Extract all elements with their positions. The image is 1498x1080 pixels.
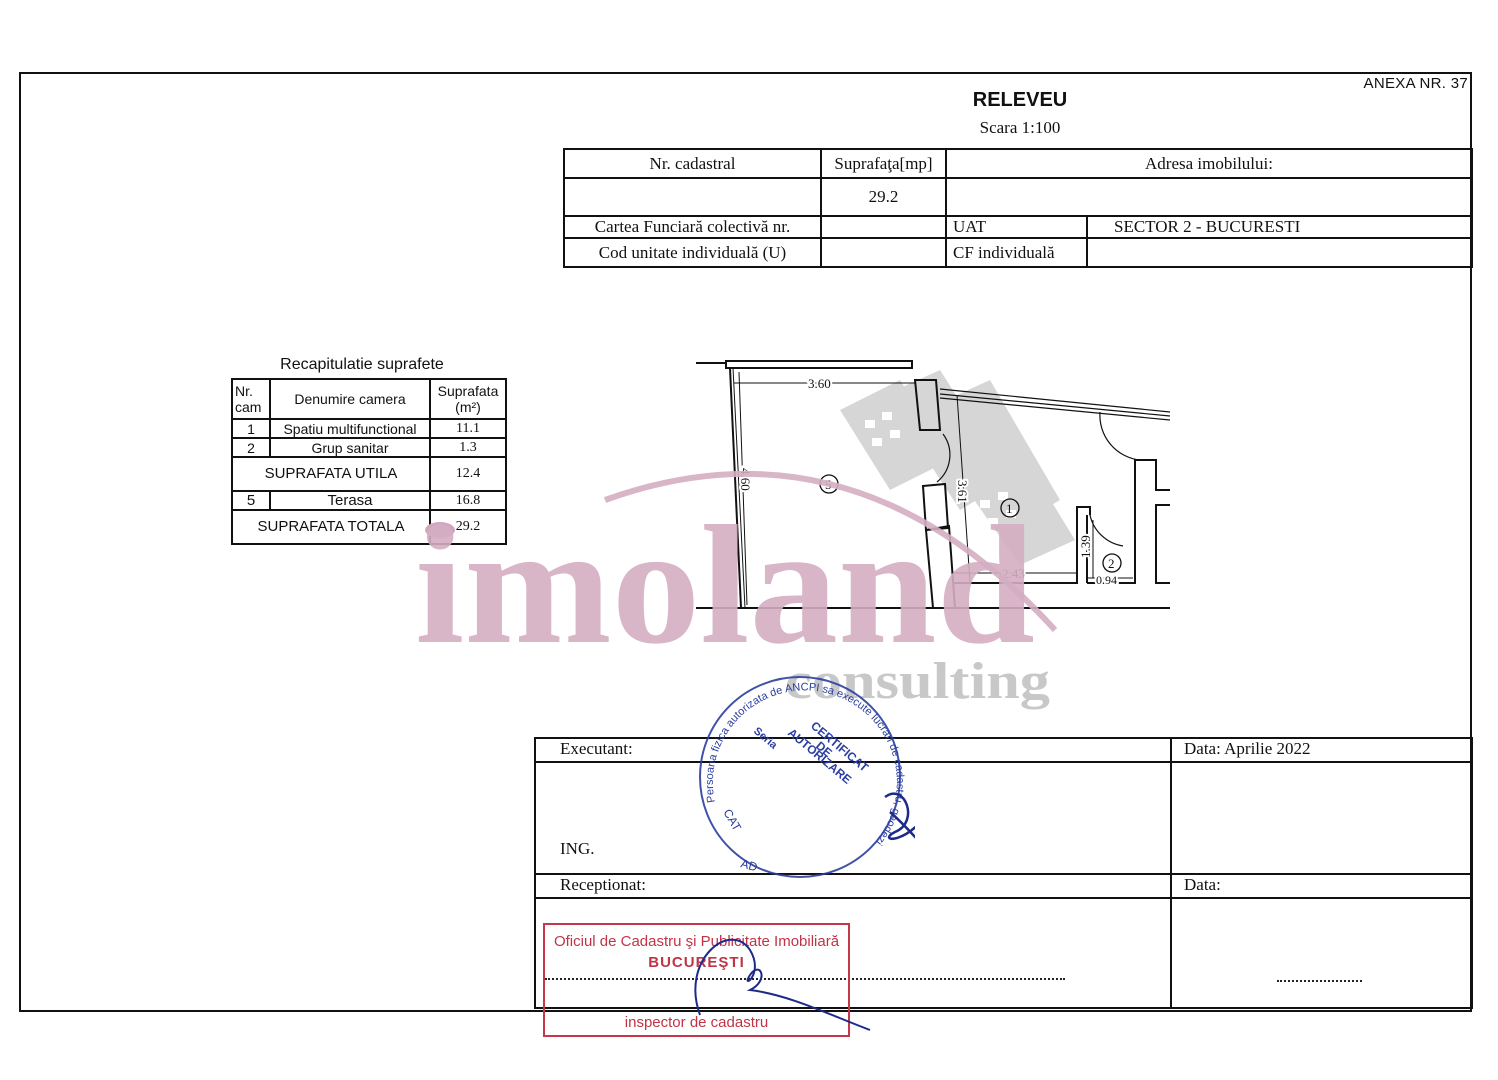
stamp-ad: AD [739,856,759,874]
suprafata-label: Suprafaţa[mp] [821,149,946,178]
cf-colectiva-label: Cartea Funciară colectivă nr. [564,216,821,238]
document-title: RELEVEU [900,89,1140,112]
floor-plan: 3.60 4.60 3.61 2.43 1.39 0.94 5 1 2 [690,350,1180,620]
recap-header-area: Suprafata (m²) [430,379,506,419]
stamp-seria: Seria [751,725,780,752]
cod-unitate-value [821,238,946,267]
uat-value: SECTOR 2 - BUCURESTI [1087,216,1472,238]
recap-header-name: Denumire camera [270,379,430,419]
receptionat-date-label: Data: [1171,874,1472,898]
room-name: Grup sanitar [270,438,430,457]
table-row: 5 Terasa 16.8 [232,491,506,510]
room-nr: 2 [232,438,270,457]
inspector-signature [600,920,880,1040]
cf-colectiva-value [821,216,946,238]
nr-cadastral-value [564,178,821,216]
dim-3-60: 3.60 [808,376,831,391]
dim-3-61: 3.61 [955,480,970,503]
recap-header-nr: Nr. cam [232,379,270,419]
room-nr: 1 [232,419,270,438]
nr-cadastral-label: Nr. cadastral [564,149,821,178]
adresa-label: Adresa imobilului: [946,149,1472,178]
table-row: 1 Spatiu multifunctional 11.1 [232,419,506,438]
dim-1-39: 1.39 [1078,535,1093,558]
cod-unitate-label: Cod unitate individuală (U) [564,238,821,267]
suprafata-utila-value: 12.4 [430,457,506,491]
room-area: 16.8 [430,491,506,510]
suprafata-utila-label: SUPRAFATA UTILA [232,457,430,491]
room-name: Terasa [270,491,430,510]
recap-title: Recapitulatie suprafete [231,356,493,374]
room-label-2: 2 [1108,556,1115,571]
date-line [1277,980,1362,982]
executant-sign-area [1171,762,1472,874]
room-label-5: 5 [825,477,832,492]
suprafata-value: 29.2 [821,178,946,216]
room-area: 11.1 [430,419,506,438]
cadastral-info-table: Nr. cadastral Suprafaţa[mp] Adresa imobi… [563,148,1473,268]
uat-label: UAT [946,216,1087,238]
dim-2-43: 2.43 [1002,566,1025,581]
authorization-stamp: Persoana fizica autorizata de ANCPI sa e… [695,672,915,887]
ink-blot [425,522,455,538]
dim-4-60: 4.60 [738,468,753,491]
cf-individuala-value [1087,238,1472,267]
executant-date: Data: Aprilie 2022 [1171,738,1472,762]
room-label-1: 1 [1006,501,1013,516]
stamp-cat: CAT [720,807,744,835]
recap-table: Nr. cam Denumire camera Suprafata (m²) 1… [231,378,507,545]
table-row: 2 Grup sanitar 1.3 [232,438,506,457]
adresa-value [946,178,1472,216]
room-area: 1.3 [430,438,506,457]
scale-label: Scara 1:100 [900,118,1140,138]
suprafata-totala-label: SUPRAFATA TOTALA [232,510,430,544]
room-nr: 5 [232,491,270,510]
annex-number: ANEXA NR. 37 [1364,75,1468,92]
dim-0-94: 0.94 [1096,573,1117,587]
room-name: Spatiu multifunctional [270,419,430,438]
receptionat-date-area [1171,898,1472,1008]
cf-individuala-label: CF individuală [946,238,1087,267]
